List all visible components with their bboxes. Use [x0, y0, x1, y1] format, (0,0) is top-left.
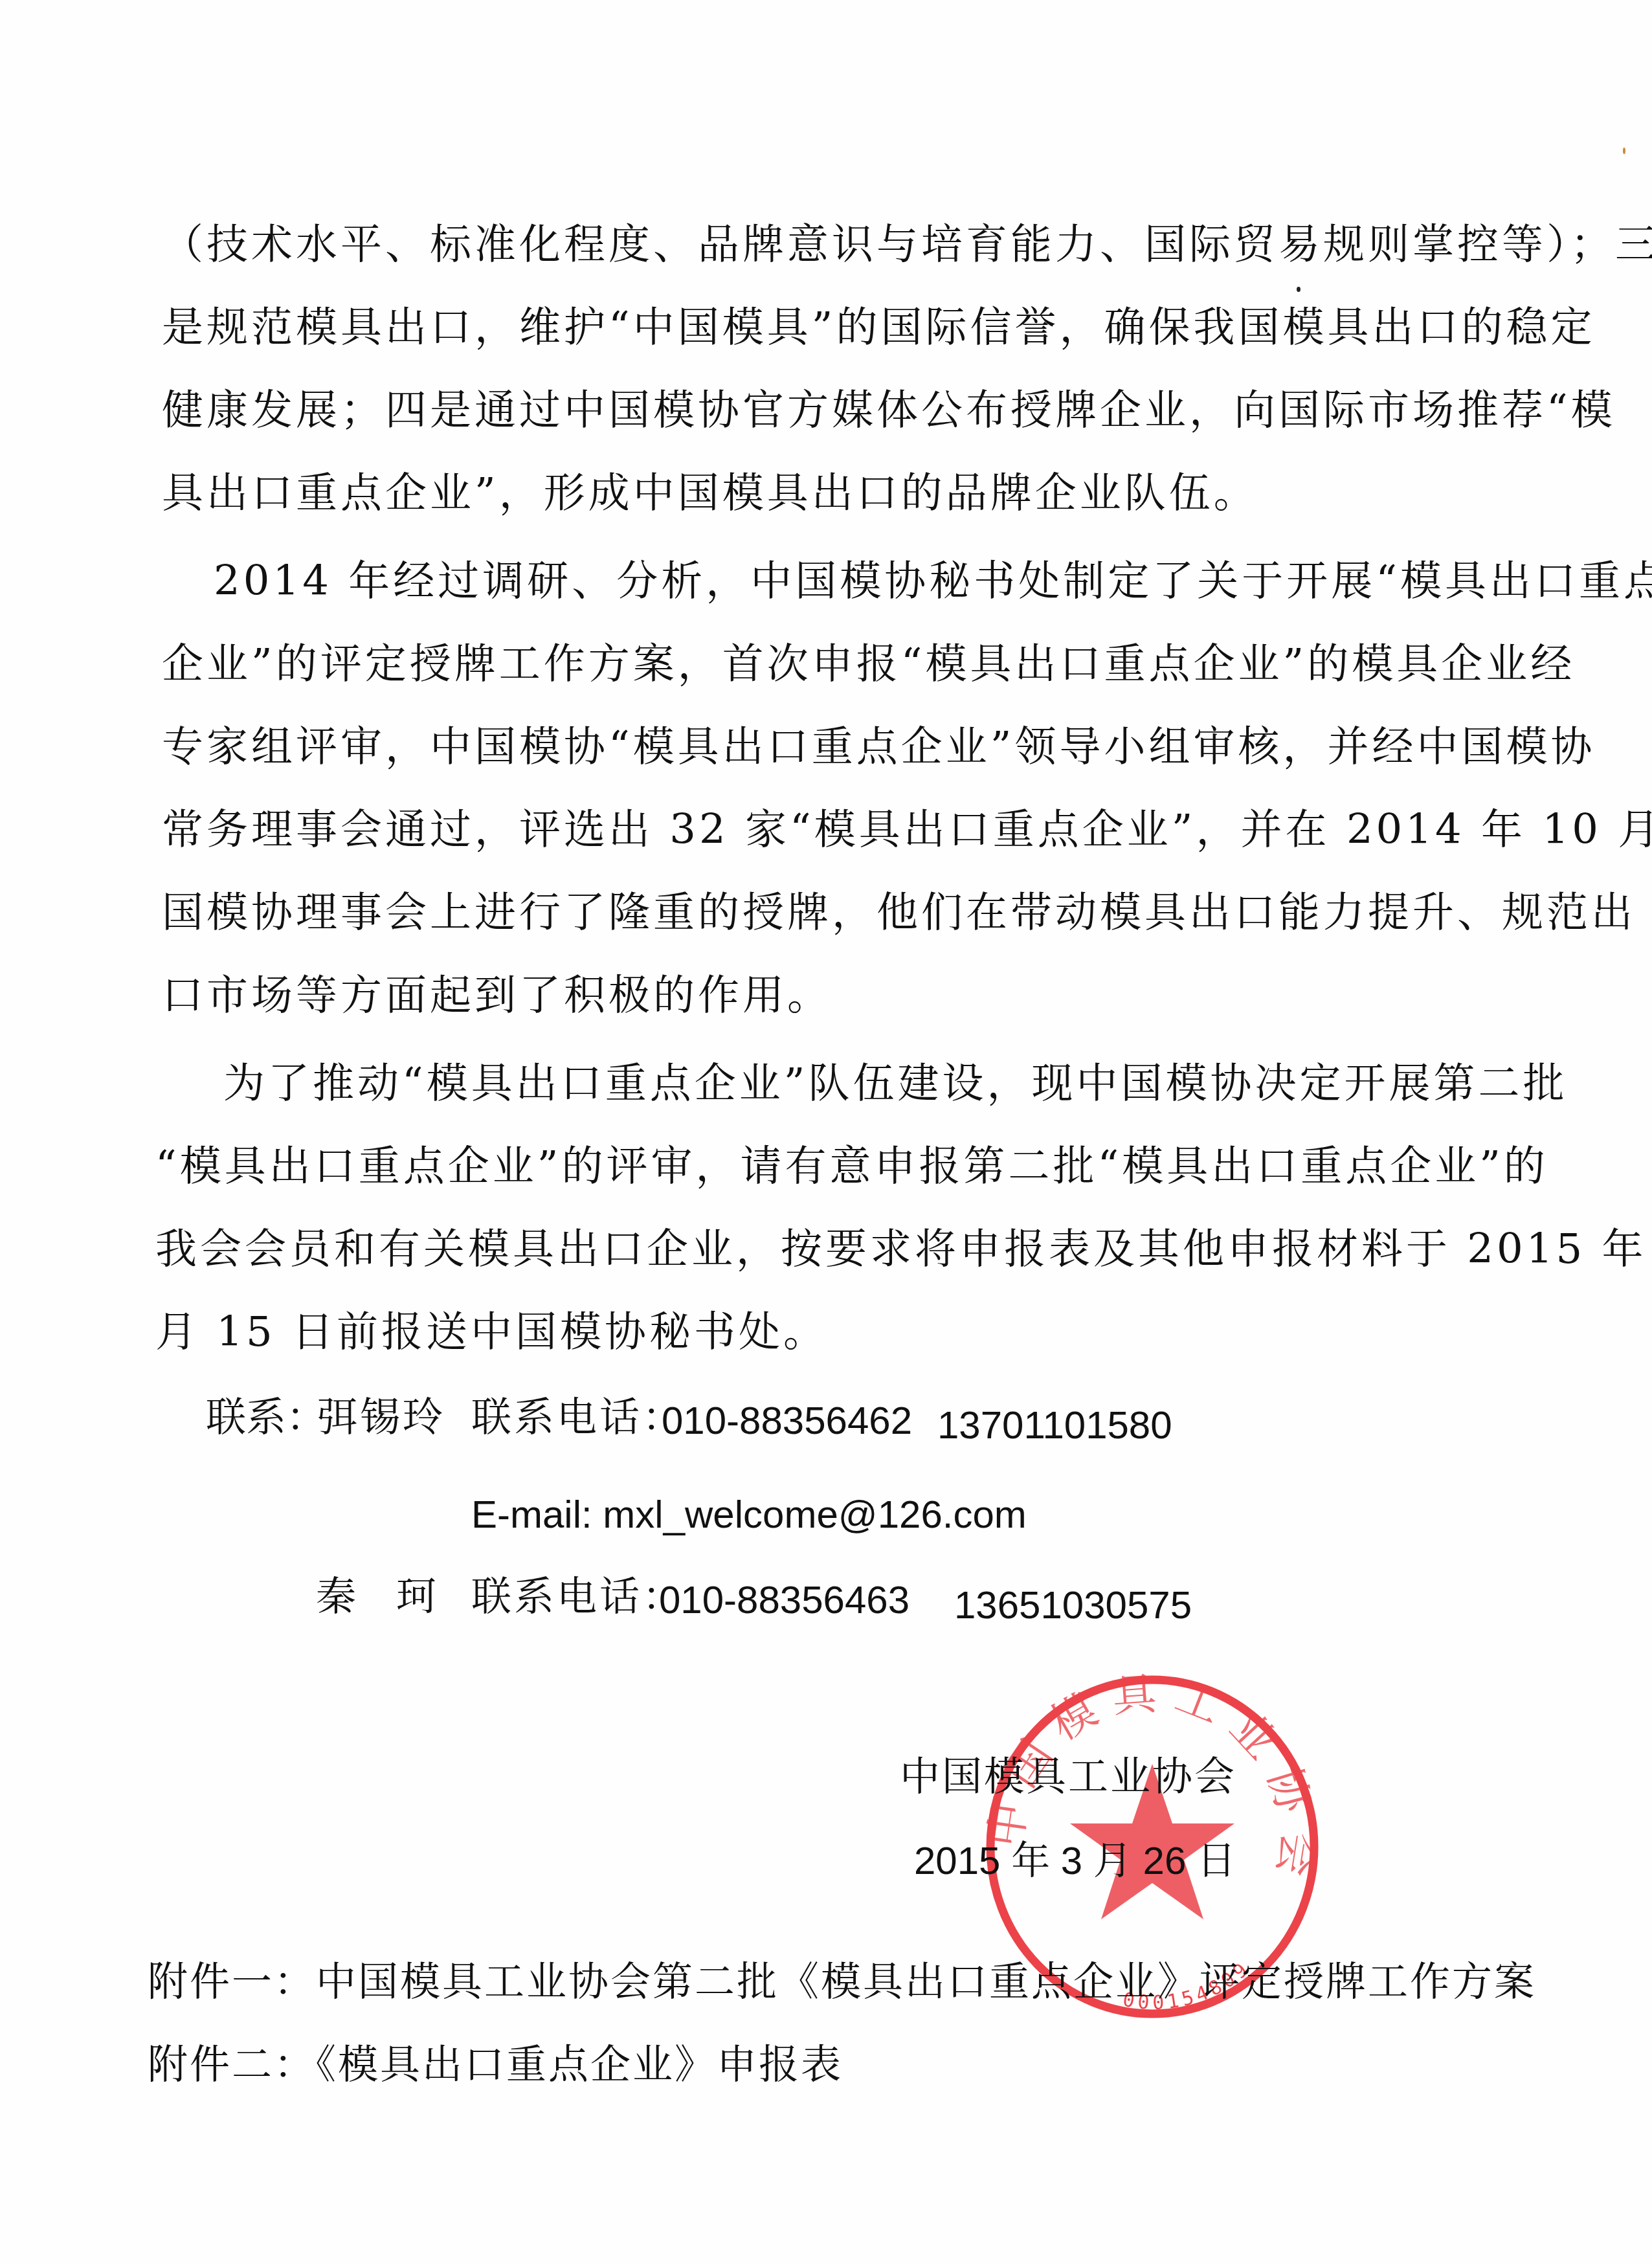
attachment-1[interactable]: 附件一：中国模具工业协会第二批《模具出口重点企业》评定授牌工作方案	[148, 1956, 1536, 2008]
paragraph-line: 月 15 日前报送中国模协秘书处。	[155, 1306, 1424, 1358]
scan-speck	[1297, 287, 1300, 292]
paragraph-line: 具出口重点企业”，形成中国模具出口的品牌企业队伍。	[162, 467, 1431, 519]
paragraph-line: 企业”的评定授牌工作方案，首次申报“模具出口重点企业”的模具企业经	[162, 638, 1431, 690]
scan-speck	[1623, 148, 1625, 154]
paragraph-line: “模具出口重点企业”的评审，请有意申报第二批“模具出口重点企业”的	[155, 1141, 1398, 1192]
phone-number-2[interactable]: 010-88356463	[659, 1574, 910, 1626]
phone-number-1[interactable]: 010-88356462	[662, 1395, 912, 1447]
document-page: （技术水平、标准化程度、品牌意识与培育能力、国际贸易规则掌控等）；三 是规范模具…	[0, 0, 1652, 2263]
attachment-title: 中国模具工业协会第二批《模具出口重点企业》评定授牌工作方案	[316, 1958, 1536, 2005]
attachment-2[interactable]: 附件二：《模具出口重点企业》申报表	[148, 2039, 843, 2091]
attachment-title: 《模具出口重点企业》申报表	[316, 2041, 843, 2088]
paragraph-line: （技术水平、标准化程度、品牌意识与培育能力、国际贸易规则掌控等）；三	[162, 219, 1431, 271]
signing-date: 2015 年 3 月 26 日	[914, 1835, 1236, 1887]
paragraph-line: 是规范模具出口，维护“中国模具”的国际信誉，确保我国模具出口的稳定	[162, 302, 1431, 353]
email-address[interactable]: E-mail: mxl_welcome@126.com	[471, 1489, 1027, 1541]
phone-label-1: 联系电话：	[471, 1392, 685, 1444]
paragraph-line: 国模协理事会上进行了隆重的授牌，他们在带动模具出口能力提升、规范出	[162, 887, 1431, 939]
phone-label-2: 联系电话：	[471, 1571, 685, 1623]
paragraph-line: 我会会员和有关模具出口企业，按要求将申报表及其他申报材料于 2015 年 5	[155, 1223, 1408, 1275]
paragraph-line: 口市场等方面起到了积极的作用。	[162, 970, 1431, 1021]
contact-label: 联系：	[206, 1392, 326, 1444]
paragraph-line: 为了推动“模具出口重点企业”队伍建设，现中国模协决定开展第二批	[223, 1058, 1398, 1109]
paragraph-line: 健康发展；四是通过中国模协官方媒体公布授牌企业，向国际市场推荐“模	[162, 385, 1431, 436]
signing-organization: 中国模具工业协会	[900, 1751, 1236, 1803]
contact-name-2: 秦 珂	[316, 1571, 436, 1623]
paragraph-line: 专家组评审，中国模协“模具出口重点企业”领导小组审核，并经中国模协	[162, 721, 1431, 773]
mobile-number-2[interactable]: 13651030575	[954, 1579, 1192, 1631]
mobile-number-1[interactable]: 13701101580	[937, 1399, 1172, 1451]
attachment-label: 附件一：	[148, 1958, 316, 2005]
contact-name-1: 弭锡玲	[317, 1392, 445, 1444]
attachment-label: 附件二：	[148, 2041, 316, 2088]
paragraph-line: 常务理事会通过，评选出 32 家“模具出口重点企业”，并在 2014 年 10 …	[162, 804, 1431, 856]
paragraph-line: 2014 年经过调研、分析，中国模协秘书处制定了关于开展“模具出口重点	[214, 555, 1431, 607]
